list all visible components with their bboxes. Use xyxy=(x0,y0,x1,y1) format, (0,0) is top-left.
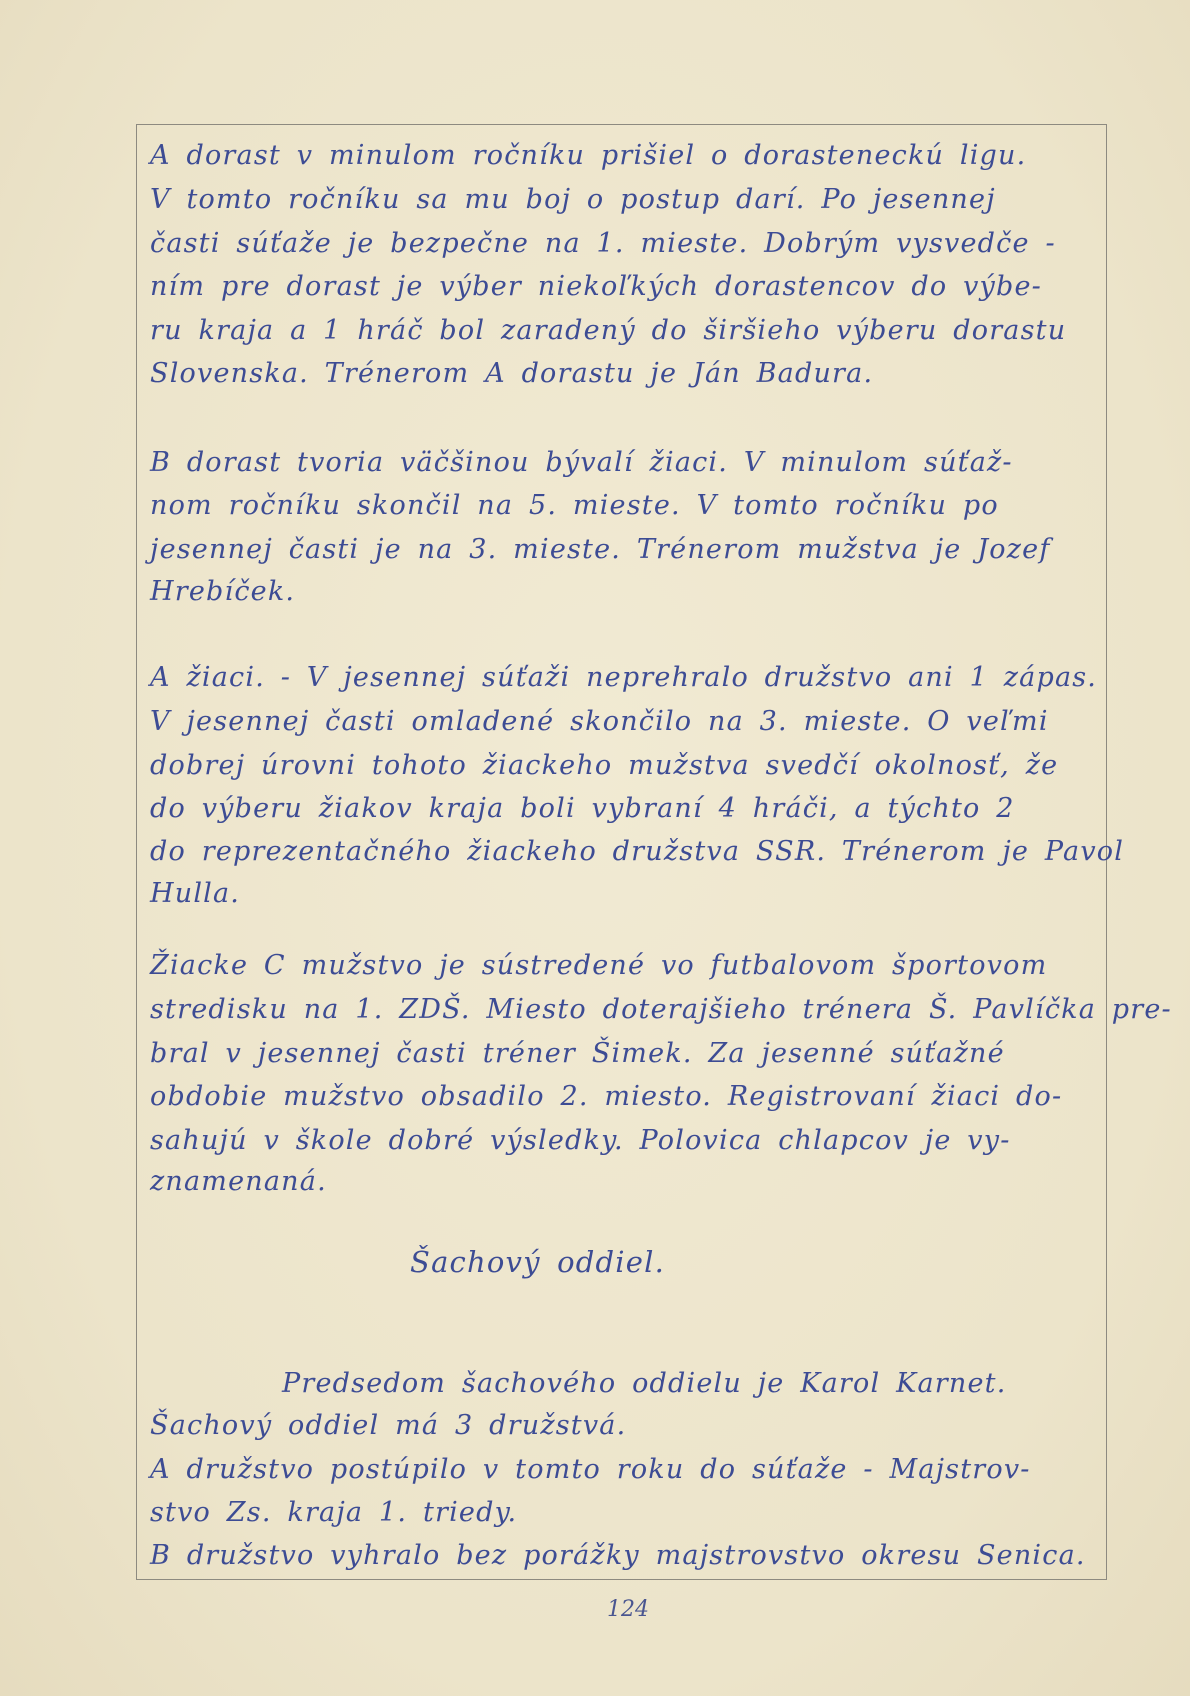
text-line: do reprezentačného žiackeho družstva SSR… xyxy=(150,838,1124,865)
text-line: B družstvo vyhralo bez porážky majstrovs… xyxy=(150,1542,1086,1569)
text-line: dobrej úrovni tohoto žiackeho mužstva sv… xyxy=(150,752,1058,779)
text-line: A žiaci. - V jesennej súťaži neprehralo … xyxy=(150,664,1097,691)
text-line: nom ročníku skončil na 5. mieste. V tomt… xyxy=(150,492,999,519)
text-line: sahujú v škole dobré výsledky. Polovica … xyxy=(150,1127,1011,1154)
text-line: Šachový oddiel má 3 družstvá. xyxy=(150,1412,626,1439)
text-line: znamenaná. xyxy=(150,1168,327,1195)
text-line: Hulla. xyxy=(150,880,240,907)
text-line: A dorast v minulom ročníku prišiel o dor… xyxy=(150,142,1026,169)
text-line: V jesennej časti omladené skončilo na 3.… xyxy=(150,708,1049,735)
page-number: 124 xyxy=(607,1597,649,1622)
text-line: ru kraja a 1 hráč bol zaradený do širšie… xyxy=(150,317,1066,344)
text-line: časti súťaže je bezpečne na 1. mieste. D… xyxy=(150,230,1056,257)
handwritten-page: A dorast v minulom ročníku prišiel o dor… xyxy=(0,0,1190,1696)
text-line: stredisku na 1. ZDŠ. Miesto doterajšieho… xyxy=(150,996,1172,1023)
text-line: Žiacke C mužstvo je sústredené vo futbal… xyxy=(150,952,1047,979)
text-line: V tomto ročníku sa mu boj o postup darí.… xyxy=(150,186,996,213)
text-line: jesennej časti je na 3. mieste. Trénerom… xyxy=(150,536,1051,563)
text-line: Hrebíček. xyxy=(150,578,295,605)
text-line: ním pre dorast je výber niekoľkých doras… xyxy=(150,273,1042,300)
text-line: Slovenska. Trénerom A dorastu je Ján Bad… xyxy=(150,360,873,387)
text-line: do výberu žiakov kraja boli vybraní 4 hr… xyxy=(150,795,1015,822)
text-line: A družstvo postúpilo v tomto roku do súť… xyxy=(150,1456,1031,1483)
text-line: obdobie mužstvo obsadilo 2. miesto. Regi… xyxy=(150,1083,1062,1110)
text-line: B dorast tvoria väčšinou bývalí žiaci. V… xyxy=(150,449,1013,476)
text-line: Predsedom šachového oddielu je Karol Kar… xyxy=(282,1370,1006,1397)
section-heading-chess: Šachový oddiel. xyxy=(410,1248,665,1277)
text-line: stvo Zs. kraja 1. triedy. xyxy=(150,1499,517,1526)
text-line: bral v jesennej časti tréner Šimek. Za j… xyxy=(150,1040,1005,1067)
